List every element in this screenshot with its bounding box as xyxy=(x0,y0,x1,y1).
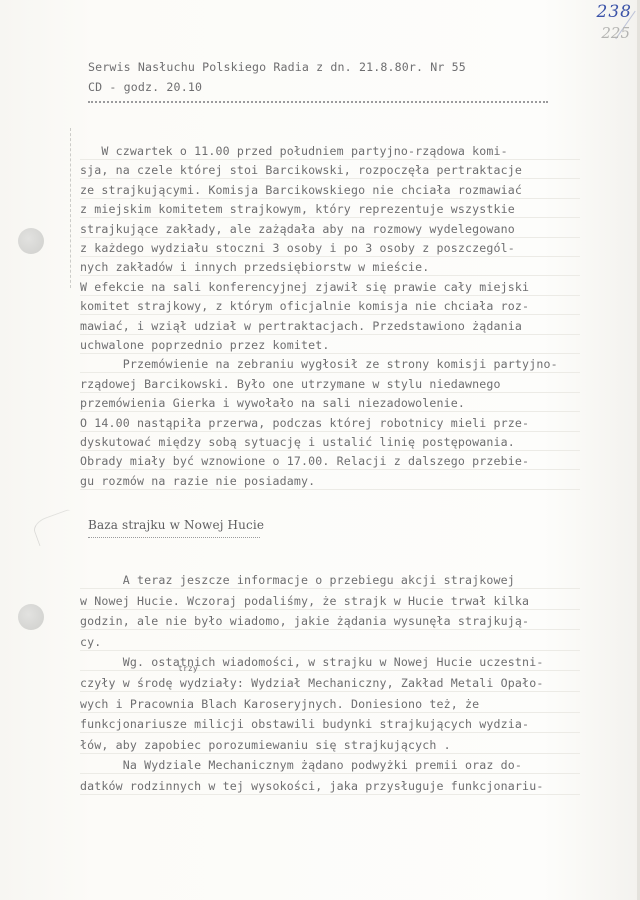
section-title: Baza strajku w Nowej Hucie xyxy=(88,518,264,532)
text-line: funkcjonariusze milicji obstawili budynk… xyxy=(80,717,529,731)
section-rule xyxy=(88,537,260,538)
ruled-guideline xyxy=(80,372,580,373)
ruled-guideline xyxy=(80,198,580,199)
text-line: z miejskim komitetem strajkowym, który r… xyxy=(80,202,515,216)
text-line: strajkujące zakłady, ale zażądała aby na… xyxy=(80,222,515,236)
ruled-guideline xyxy=(80,275,580,276)
text-line: Na Wydziale Mechanicznym żądano podwyżki… xyxy=(80,758,522,772)
ruled-guideline xyxy=(80,650,580,651)
ruled-guideline xyxy=(80,712,580,713)
text-line: godzin, ale nie było wiadomo, jakie żąda… xyxy=(80,614,529,628)
ruled-guideline xyxy=(80,411,580,412)
interlinear-insert: trzy xyxy=(178,665,198,673)
text-line: W czwartek o 11.00 przed południem party… xyxy=(80,144,508,158)
header-subtitle: CD - godz. 20.10 xyxy=(88,80,202,94)
text-line: uchwalone poprzednio przez komitet. xyxy=(80,338,330,352)
ruled-guideline xyxy=(80,773,580,774)
ruled-guideline xyxy=(80,314,580,315)
ruled-guideline xyxy=(80,670,580,671)
ruled-guideline xyxy=(80,295,580,296)
ruled-guideline xyxy=(80,256,580,257)
ruled-guideline xyxy=(80,237,580,238)
text-line: komitet strajkowy, z którym oficjalnie k… xyxy=(80,299,529,313)
text-line: gu rozmów na razie nie posiadamy. xyxy=(80,474,315,488)
header-title: Serwis Nasłuchu Polskiego Radia z dn. 21… xyxy=(88,60,466,74)
pencil-scribble-mark xyxy=(31,509,78,547)
pencil-margin-mark xyxy=(70,128,77,288)
ruled-guideline xyxy=(80,431,580,432)
ruled-guideline xyxy=(80,753,580,754)
text-line: nych zakładów i innych przedsiębiorstw w… xyxy=(80,260,429,274)
ruled-guideline xyxy=(80,794,580,795)
text-line: Wg. ostatnich wiadomości, w strajku w No… xyxy=(80,655,543,669)
ruled-guideline xyxy=(80,392,580,393)
text-line: Przemówienie na zebraniu wygłosił ze str… xyxy=(80,357,558,371)
text-line: wych i Pracownia Blach Karoseryjnych. Do… xyxy=(80,697,479,711)
ruled-guideline xyxy=(80,629,580,630)
text-line: cy. xyxy=(80,635,101,649)
text-line: przemówienia Gierka i wywołało na sali n… xyxy=(80,396,465,410)
ruled-guideline xyxy=(80,609,580,610)
text-line: sja, na czele której stoi Barcikowski, r… xyxy=(80,163,522,177)
text-line: W efekcie na sali konferencyjnej zjawił … xyxy=(80,280,529,294)
text-line: O 14.00 nastąpiła przerwa, podczas które… xyxy=(80,416,529,430)
punch-hole-icon xyxy=(18,228,44,254)
text-line: A teraz jeszcze informacje o przebiegu a… xyxy=(80,573,515,587)
header-rule xyxy=(88,101,548,103)
ruled-guideline xyxy=(80,353,580,354)
text-line: w Nowej Hucie. Wczoraj podaliśmy, że str… xyxy=(80,594,529,608)
ruled-guideline xyxy=(80,732,580,733)
ruled-guideline xyxy=(80,178,580,179)
page-number-ink: 238 xyxy=(597,2,632,22)
text-line: z każdego wydziału stoczni 3 osoby i po … xyxy=(80,241,515,255)
ruled-guideline xyxy=(80,588,580,589)
text-line: dyskutować między sobą sytuację i ustali… xyxy=(80,435,515,449)
text-line: czyły w środę wydziały: Wydział Mechanic… xyxy=(80,676,543,690)
ruled-guideline xyxy=(80,450,580,451)
text-line: datków rodzinnych w tej wysokości, jaka … xyxy=(80,779,543,793)
text-line: ze strajkującymi. Komisja Barcikowskiego… xyxy=(80,183,522,197)
ruled-guideline xyxy=(80,469,580,470)
punch-hole-icon xyxy=(18,604,44,630)
text-line: łów, aby zapobiec porozumiewaniu się str… xyxy=(80,738,451,752)
ruled-guideline xyxy=(80,489,580,490)
page-number-pencil: 225 xyxy=(601,24,630,42)
text-line: rządowej Barcikowski. Było one utrzymane… xyxy=(80,377,501,391)
ruled-guideline xyxy=(80,159,580,160)
ruled-guideline xyxy=(80,691,580,692)
ruled-guideline xyxy=(80,334,580,335)
text-line: Obrady miały być wznowione o 17.00. Rela… xyxy=(80,454,529,468)
text-line: mawiać, i wziął udział w pertraktacjach.… xyxy=(80,319,522,333)
ruled-guideline xyxy=(80,217,580,218)
document-page: 238 225 Serwis Nasłuchu Polskiego Radia … xyxy=(0,0,640,900)
